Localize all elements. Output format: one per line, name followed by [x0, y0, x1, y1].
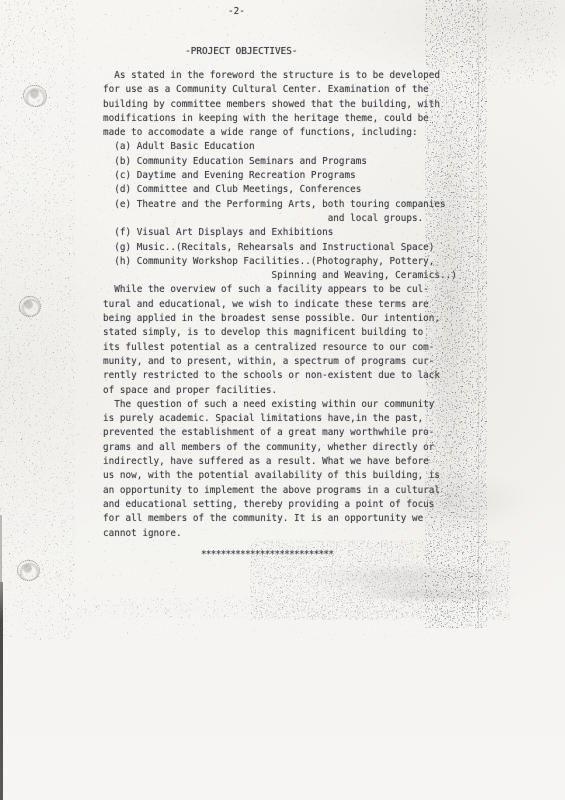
document-body: As stated in the foreword the structure …: [103, 69, 457, 541]
stamp-mark-middle: [18, 295, 43, 319]
functions-list: (a) Adult Basic Education (b) Community …: [103, 140, 457, 283]
page-edge-shadow: [0, 515, 2, 585]
scan-smudge: [340, 586, 520, 602]
paragraph-need: The question of such a need existing wit…: [103, 398, 457, 541]
stamp-mark-top: [21, 82, 50, 109]
scanned-document-page: -2- -PROJECT OBJECTIVES- As stated in th…: [0, 0, 565, 800]
page-number: -2-: [228, 5, 245, 19]
paragraph-introduction: As stated in the foreword the structure …: [103, 69, 457, 140]
scan-smudge: [300, 563, 515, 593]
asterisk-divider: ***************************: [201, 548, 333, 562]
page-edge-shadow: [0, 582, 3, 800]
paragraph-overview: While the overview of such a facility ap…: [103, 283, 457, 397]
page-edge-line: [478, 0, 479, 628]
stamp-mark-bottom: [16, 559, 41, 582]
document-title: -PROJECT OBJECTIVES-: [185, 45, 297, 59]
